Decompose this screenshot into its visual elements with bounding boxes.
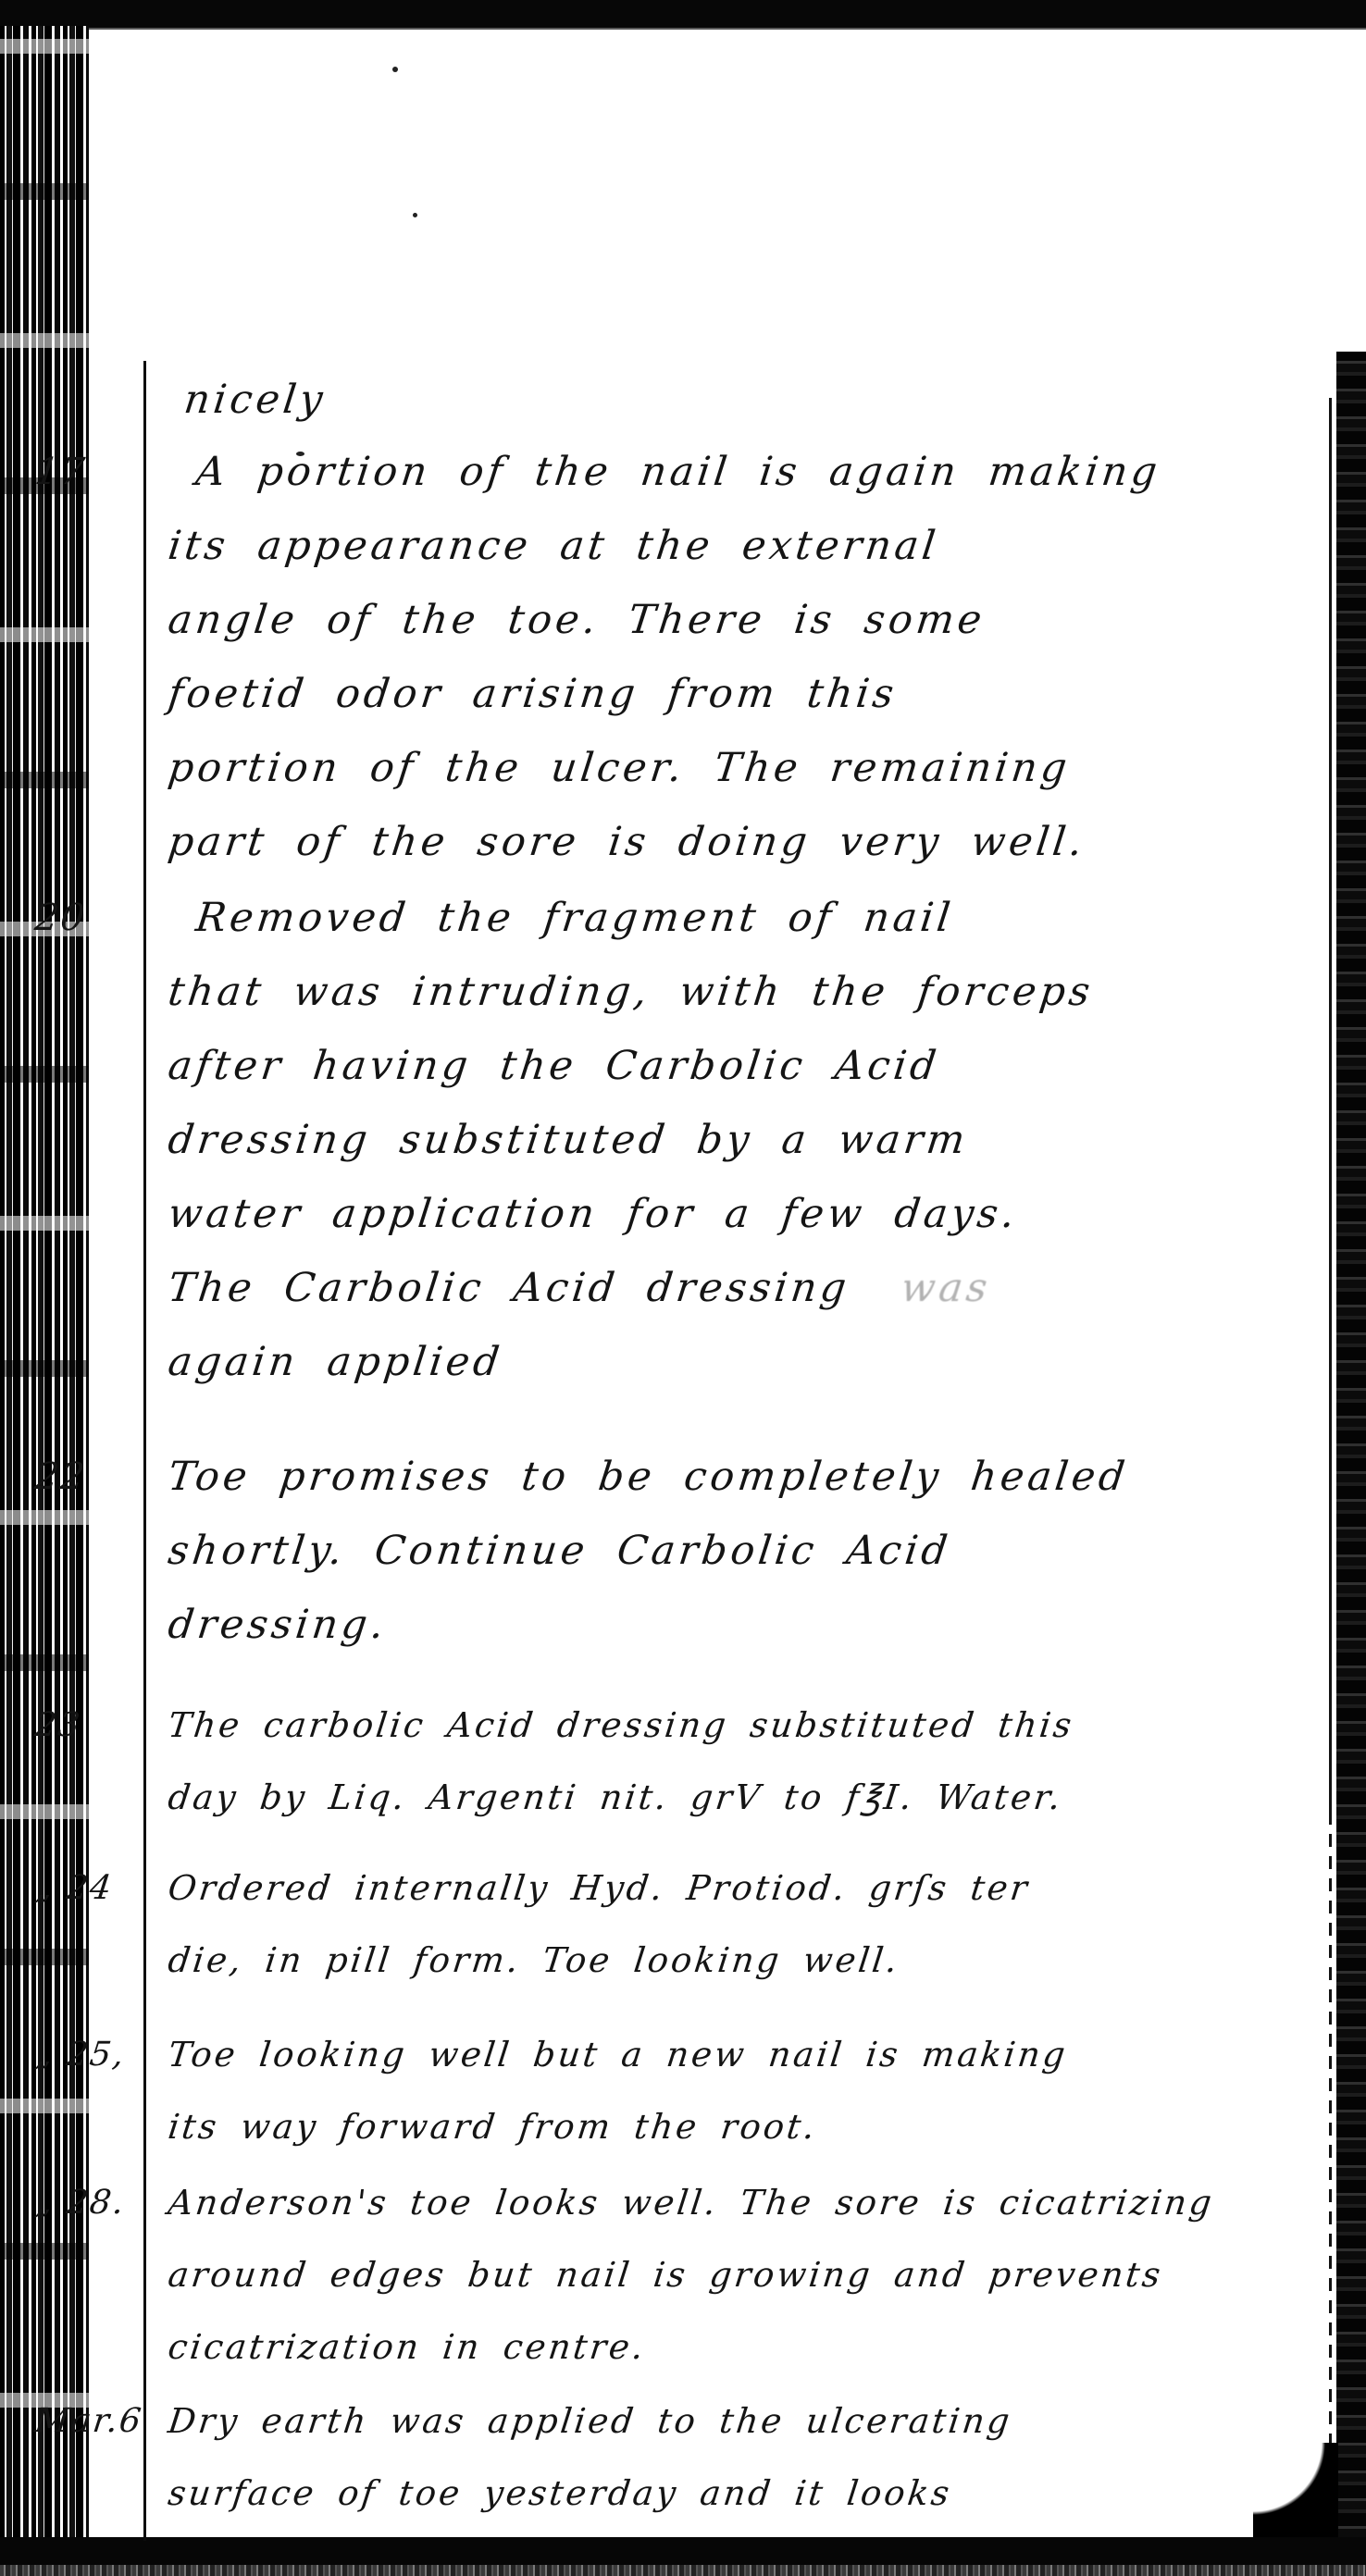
entry-text: Removed the fragment of nail that was in… (143, 881, 1327, 1399)
manuscript-line: surface of toe yesterday and it looks (164, 2458, 1336, 2530)
entry-date: 23 (31, 1690, 148, 1762)
manuscript-line: Dry earth was applied to the ulcerating (164, 2385, 1336, 2458)
entry-date: 22 (31, 1440, 148, 1514)
manuscript-line: die, in pill form. Toe looking well. (164, 1925, 1336, 1997)
manuscript-line: after having the Carbolic Acid (164, 1029, 1336, 1103)
manuscript-line-text: The Carbolic Acid dressing (166, 1265, 852, 1311)
faded-word: was (899, 1265, 994, 1311)
manuscript-line: part of the sore is doing very well. (164, 805, 1336, 879)
manuscript-line: around edges but nail is growing and pre… (164, 2239, 1336, 2311)
journal-entry-20: 20 Removed the fragment of nail that was… (35, 881, 1327, 1399)
entry-text: Anderson's toe looks well. The sore is c… (143, 2167, 1327, 2384)
manuscript-line: The Carbolic Acid dressingwas (164, 1251, 1336, 1325)
entry-date: 17 (31, 435, 148, 509)
manuscript-line: Removed the fragment of nail (164, 881, 1336, 955)
journal-entry-28: „ 28. Anderson's toe looks well. The sor… (35, 2167, 1327, 2384)
entry-date: „ 24 (31, 1852, 148, 1925)
manuscript-line: angle of the toe. There is some (164, 583, 1336, 657)
manuscript-line: dressing. (164, 1588, 1336, 1662)
manuscript-line: Ordered internally Hyd. Protiod. grſs te… (164, 1852, 1336, 1925)
entry-text: Toe promises to be completely healed sho… (143, 1440, 1327, 1662)
ink-speck (392, 67, 398, 72)
top-scan-bar (0, 0, 1366, 28)
manuscript-line: portion of the ulcer. The remaining (164, 731, 1336, 805)
entry-text: Toe looking well but a new nail is makin… (143, 2019, 1327, 2163)
manuscript-line: shortly. Continue Carbolic Acid (164, 1514, 1336, 1588)
entry-text: Dry earth was applied to the ulcerating … (143, 2385, 1327, 2530)
right-scan-edge (1336, 352, 1366, 2565)
journal-entry-mar-6: Mar.6 Dry earth was applied to the ulcer… (35, 2385, 1327, 2530)
manuscript-line: Toe looking well but a new nail is makin… (164, 2019, 1336, 2091)
manuscript-line: The carbolic Acid dressing substituted t… (164, 1690, 1336, 1762)
manuscript-line: again applied (164, 1325, 1336, 1399)
entry-date: „ 28. (31, 2167, 148, 2239)
entry-date: Mar.6 (31, 2385, 148, 2458)
entry-text: A portion of the nail is again making it… (143, 435, 1327, 879)
manuscript-line: dressing substituted by a warm (164, 1103, 1336, 1177)
manuscript-line: Anderson's toe looks well. The sore is c… (164, 2167, 1336, 2239)
entry-date: „ 25, (31, 2019, 148, 2091)
manuscript-line: cicatrization in centre. (164, 2311, 1336, 2384)
manuscript-line: A portion of the nail is again making (164, 435, 1336, 509)
journal-entry-17: 17 A portion of the nail is again making… (35, 435, 1327, 879)
manuscript-line: foetid odor arising from this (164, 657, 1336, 731)
journal-entry-23: 23 The carbolic Acid dressing substitute… (35, 1690, 1327, 1834)
scanned-manuscript-page: nicely 17 A portion of the nail is again… (0, 0, 1366, 2576)
carryover-word: nicely (180, 368, 322, 431)
manuscript-line: Toe promises to be completely healed (164, 1440, 1336, 1514)
bottom-scan-bar (0, 2537, 1366, 2565)
manuscript-line: day by Liq. Argenti nit. grV to f℥I. Wat… (164, 1762, 1336, 1834)
manuscript-line: water application for a few days. (164, 1177, 1336, 1251)
entry-text: Ordered internally Hyd. Protiod. grſs te… (143, 1852, 1327, 1997)
manuscript-line: nicely (180, 368, 329, 431)
journal-entry-24: „ 24 Ordered internally Hyd. Protiod. gr… (35, 1852, 1327, 1997)
entry-date: 20 (31, 881, 148, 955)
journal-entry-25: „ 25, Toe looking well but a new nail is… (35, 2019, 1327, 2163)
manuscript-line: its appearance at the external (164, 509, 1336, 583)
manuscript-line: that was intruding, with the forceps (164, 955, 1336, 1029)
journal-entry-22: 22 Toe promises to be completely healed … (35, 1440, 1327, 1662)
manuscript-line: its way forward from the root. (164, 2091, 1336, 2163)
ink-speck (413, 213, 417, 217)
bottom-noise-strip (0, 2565, 1366, 2576)
entry-text: The carbolic Acid dressing substituted t… (143, 1690, 1327, 1834)
